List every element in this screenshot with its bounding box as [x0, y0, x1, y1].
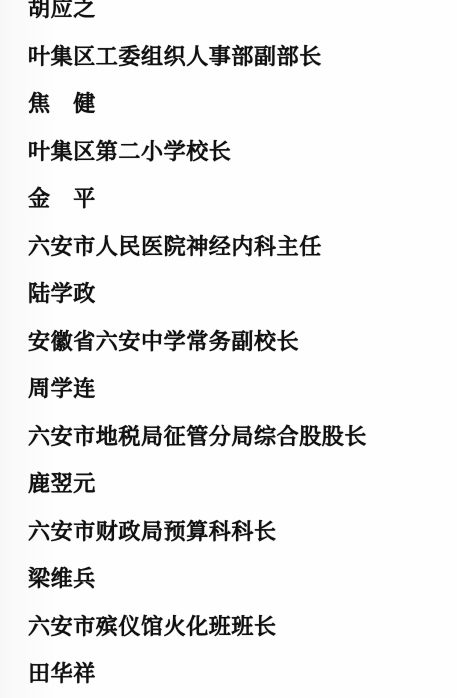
- person-title: 六安市殡仪馆火化班班长: [28, 604, 367, 652]
- person-title: 叶集区第二小学校长: [28, 129, 367, 177]
- document-page: 胡应之 叶集区工委组织人事部副部长 焦 健 叶集区第二小学校长 金 平 六安市人…: [0, 0, 457, 698]
- person-title: 六安市人民医院神经内科主任: [28, 224, 367, 272]
- person-name: 梁维兵: [28, 556, 367, 604]
- person-title: 叶集区工委组织人事部副部长: [28, 34, 367, 82]
- person-title: 安徽省六安中学常务副校长: [28, 319, 367, 367]
- person-title: 六安市地税局征管分局综合股股长: [28, 414, 367, 462]
- name-title-list: 胡应之 叶集区工委组织人事部副部长 焦 健 叶集区第二小学校长 金 平 六安市人…: [28, 0, 367, 698]
- person-title: 六安市财政局预算科科长: [28, 509, 367, 557]
- person-name: 周学连: [28, 366, 367, 414]
- person-name: 田华祥: [28, 651, 367, 698]
- person-name: 焦 健: [28, 81, 367, 129]
- person-name: 金 平: [28, 176, 367, 224]
- person-name: 鹿翌元: [28, 461, 367, 509]
- person-name: 陆学政: [28, 271, 367, 319]
- person-name: 胡应之: [28, 0, 367, 34]
